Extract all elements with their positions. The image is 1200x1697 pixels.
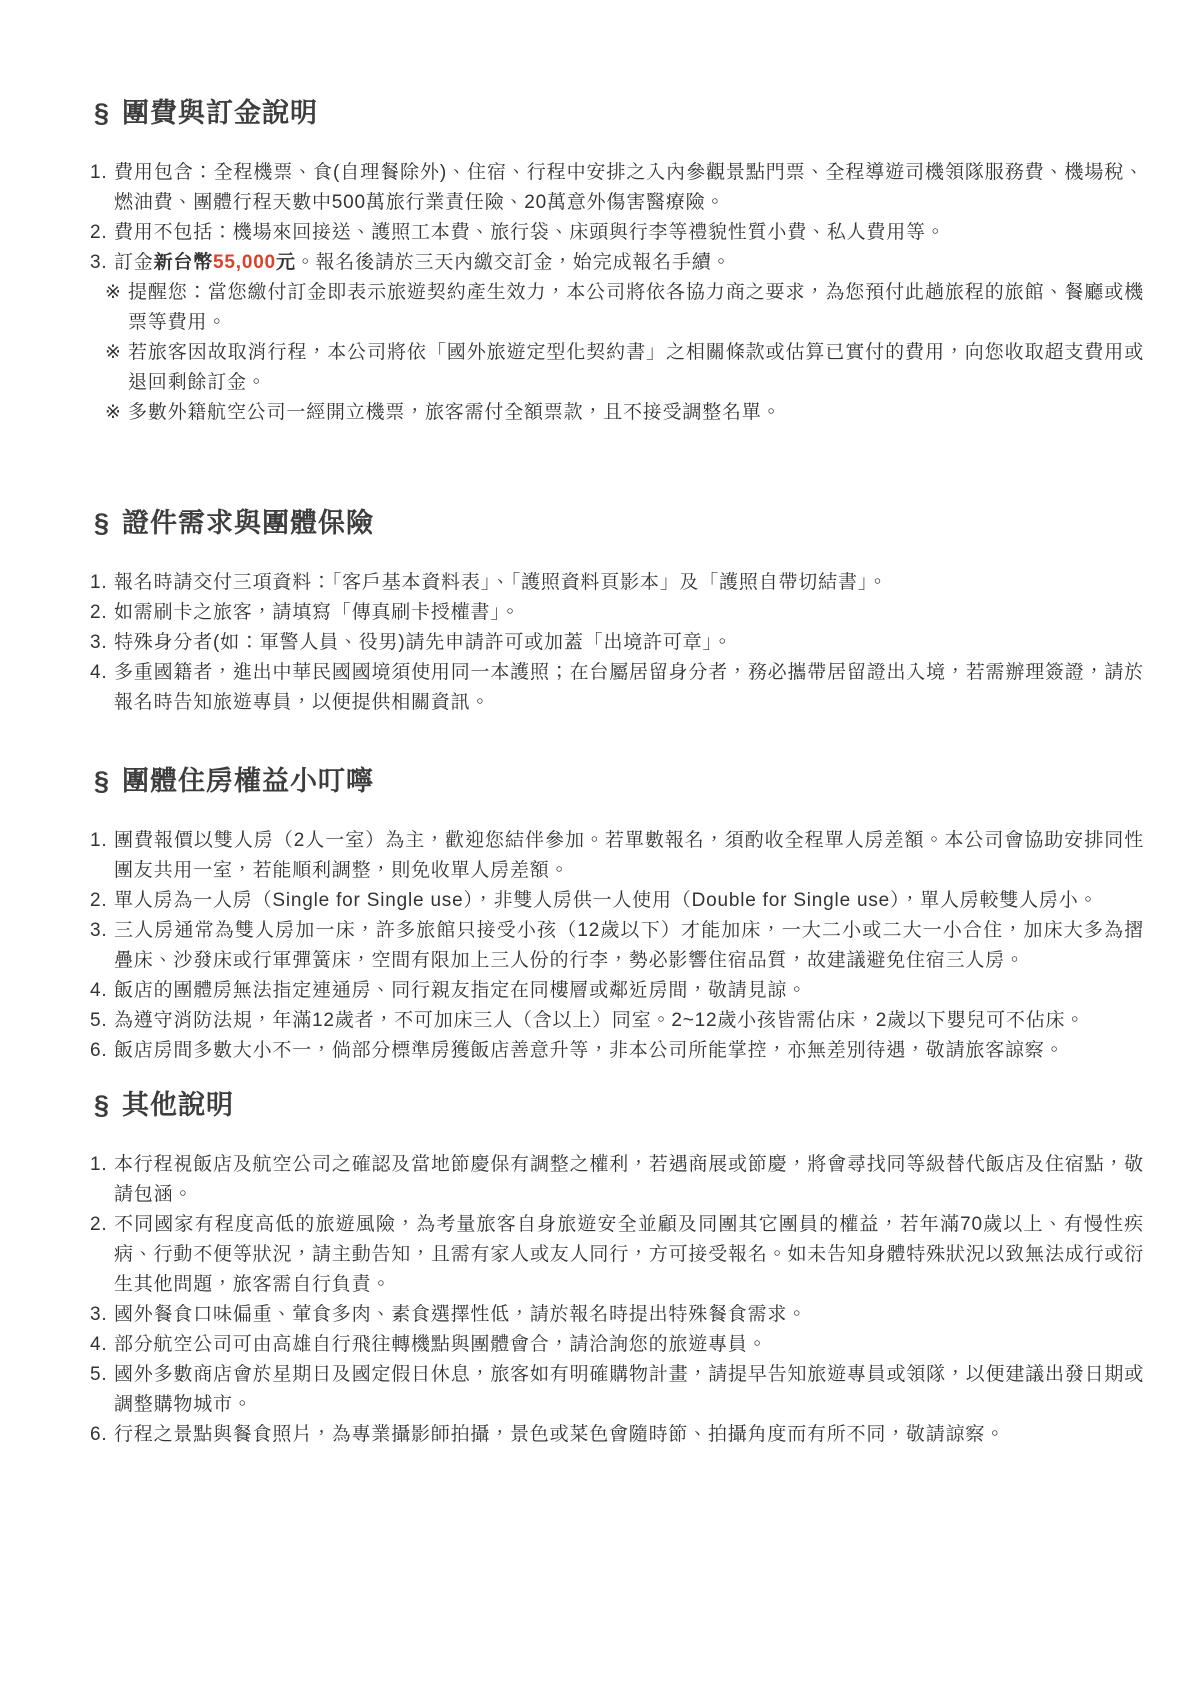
list-item: 6. 行程之景點與餐食照片，為專業攝影師拍攝，景色或菜色會隨時節、拍攝角度而有所… xyxy=(90,1420,1144,1450)
section-heading: §團費與訂金說明 xyxy=(94,96,1144,130)
section-heading: §證件需求與團體保險 xyxy=(94,506,1144,540)
item-text: 團費報價以雙人房（2人一室）為主，歡迎您結伴參加。若單數報名，須酌收全程單人房差… xyxy=(114,826,1144,886)
item-number: 6. xyxy=(90,1036,114,1066)
note-text: 若旅客因故取消行程，本公司將依「國外旅遊定型化契約書」之相關條款或估算已實付的費… xyxy=(128,338,1144,398)
list-item: 5. 為遵守消防法規，年滿12歲者，不可加床三人（含以上）同室。2~12歲小孩皆… xyxy=(90,1006,1144,1036)
item-number: 2. xyxy=(90,1210,114,1240)
item-text: 訂金新台幣55,000元。報名後請於三天內繳交訂金，始完成報名手續。 xyxy=(114,248,1144,278)
item-text: 費用包含：全程機票、食(自理餐除外)、住宿、行程中安排之入內參觀景點門票、全程導… xyxy=(114,158,1144,218)
list-item: 4. 部分航空公司可由高雄自行飛往轉機點與團體會合，請洽詢您的旅遊專員。 xyxy=(90,1330,1144,1360)
section-documents-insurance: §證件需求與團體保險 1. 報名時請交付三項資料：「客戶基本資料表」、「護照資料… xyxy=(90,506,1144,718)
item-text: 為遵守消防法規，年滿12歲者，不可加床三人（含以上）同室。2~12歲小孩皆需佔床… xyxy=(114,1006,1144,1036)
item-text: 國外多數商店會於星期日及國定假日休息，旅客如有明確購物計畫，請提早告知旅遊專員或… xyxy=(114,1360,1144,1420)
item-number: 1. xyxy=(90,568,114,598)
item-number: 2. xyxy=(90,598,114,628)
document-page: §團費與訂金說明 1. 費用包含：全程機票、食(自理餐除外)、住宿、行程中安排之… xyxy=(0,0,1200,1697)
list-item: 6. 飯店房間多數大小不一，倘部分標準房獲飯店善意升等，非本公司所能掌控，亦無差… xyxy=(90,1036,1144,1066)
item-text: 飯店房間多數大小不一，倘部分標準房獲飯店善意升等，非本公司所能掌控，亦無差別待遇… xyxy=(114,1036,1144,1066)
note-marker-icon: ※ xyxy=(105,338,128,368)
list-item: 2. 單人房為一人房（Single for Single use），非雙人房供一… xyxy=(90,886,1144,916)
list-item: 2. 費用不包括：機場來回接送、護照工本費、旅行袋、床頭與行李等禮貌性質小費、私… xyxy=(90,218,1144,248)
item-text: 多重國籍者，進出中華民國國境須使用同一本護照；在台屬居留身分者，務必攜帶居留證出… xyxy=(114,658,1144,718)
section-other-notes: §其他說明 1. 本行程視飯店及航空公司之確認及當地節慶保有調整之權利，若遇商展… xyxy=(90,1088,1144,1450)
section-marker-icon: § xyxy=(94,98,110,128)
deposit-unit: 元 xyxy=(276,252,296,273)
list-item: 2. 如需刷卡之旅客，請填寫「傳真刷卡授權書」。 xyxy=(90,598,1144,628)
list-item: 4. 飯店的團體房無法指定連通房、同行親友指定在同樓層或鄰近房間，敬請見諒。 xyxy=(90,976,1144,1006)
list-item: 2. 不同國家有程度高低的旅遊風險，為考量旅客自身旅遊安全並顧及同團其它團員的權… xyxy=(90,1210,1144,1300)
list-item: 1. 團費報價以雙人房（2人一室）為主，歡迎您結伴參加。若單數報名，須酌收全程單… xyxy=(90,826,1144,886)
list-item: 1. 報名時請交付三項資料：「客戶基本資料表」、「護照資料頁影本」及「護照自帶切… xyxy=(90,568,1144,598)
list-item: 3. 國外餐食口味偏重、葷食多肉、素食選擇性低，請於報名時提出特殊餐食需求。 xyxy=(90,1300,1144,1330)
item-text: 不同國家有程度高低的旅遊風險，為考量旅客自身旅遊安全並顧及同團其它團員的權益，若… xyxy=(114,1210,1144,1300)
section-marker-icon: § xyxy=(94,766,110,796)
item-number: 4. xyxy=(90,658,114,688)
item-text: 本行程視飯店及航空公司之確認及當地節慶保有調整之權利，若遇商展或節慶，將會尋找同… xyxy=(114,1150,1144,1210)
item-number: 3. xyxy=(90,628,114,658)
section-heading: §團體住房權益小叮嚀 xyxy=(94,764,1144,798)
item-number: 6. xyxy=(90,1420,114,1450)
note-item: ※ 若旅客因故取消行程，本公司將依「國外旅遊定型化契約書」之相關條款或估算已實付… xyxy=(105,338,1144,398)
item-number: 2. xyxy=(90,218,114,248)
item-text: 單人房為一人房（Single for Single use），非雙人房供一人使用… xyxy=(114,886,1144,916)
list-item: 1. 本行程視飯店及航空公司之確認及當地節慶保有調整之權利，若遇商展或節慶，將會… xyxy=(90,1150,1144,1210)
list-item: 3. 三人房通常為雙人房加一床，許多旅館只接受小孩（12歲以下）才能加床，一大二… xyxy=(90,916,1144,976)
section-title: 證件需求與團體保險 xyxy=(122,508,374,538)
item-text: 行程之景點與餐食照片，為專業攝影師拍攝，景色或菜色會隨時節、拍攝角度而有所不同，… xyxy=(114,1420,1144,1450)
section-title: 其他說明 xyxy=(122,1090,234,1120)
list-item-deposit: 3. 訂金新台幣55,000元。報名後請於三天內繳交訂金，始完成報名手續。 xyxy=(90,248,1144,278)
note-text: 提醒您：當您繳付訂金即表示旅遊契約產生效力，本公司將依各協力商之要求，為您預付此… xyxy=(128,278,1144,338)
section-marker-icon: § xyxy=(94,508,110,538)
deposit-amount: 55,000 xyxy=(213,252,276,273)
section-title: 團費與訂金說明 xyxy=(122,98,318,128)
section-marker-icon: § xyxy=(94,1090,110,1120)
section-fees-deposit: §團費與訂金說明 1. 費用包含：全程機票、食(自理餐除外)、住宿、行程中安排之… xyxy=(90,96,1144,428)
deposit-rest: 。報名後請於三天內繳交訂金，始完成報名手續。 xyxy=(296,252,732,273)
item-number: 3. xyxy=(90,916,114,946)
item-number: 5. xyxy=(90,1360,114,1390)
note-text: 多數外籍航空公司一經開立機票，旅客需付全額票款，且不接受調整名單。 xyxy=(128,398,1144,428)
item-text: 部分航空公司可由高雄自行飛往轉機點與團體會合，請洽詢您的旅遊專員。 xyxy=(114,1330,1144,1360)
item-text: 飯店的團體房無法指定連通房、同行親友指定在同樓層或鄰近房間，敬請見諒。 xyxy=(114,976,1144,1006)
section-heading: §其他說明 xyxy=(94,1088,1144,1122)
item-number: 1. xyxy=(90,158,114,188)
note-item: ※ 提醒您：當您繳付訂金即表示旅遊契約產生效力，本公司將依各協力商之要求，為您預… xyxy=(105,278,1144,338)
item-number: 4. xyxy=(90,1330,114,1360)
item-text: 國外餐食口味偏重、葷食多肉、素食選擇性低，請於報名時提出特殊餐食需求。 xyxy=(114,1300,1144,1330)
item-number: 1. xyxy=(90,1150,114,1180)
list-item: 1. 費用包含：全程機票、食(自理餐除外)、住宿、行程中安排之入內參觀景點門票、… xyxy=(90,158,1144,218)
item-number: 3. xyxy=(90,248,114,278)
list-item: 3. 特殊身分者(如：軍警人員、役男)請先申請許可或加蓋「出境許可章」。 xyxy=(90,628,1144,658)
note-item: ※ 多數外籍航空公司一經開立機票，旅客需付全額票款，且不接受調整名單。 xyxy=(105,398,1144,428)
section-room-rights: §團體住房權益小叮嚀 1. 團費報價以雙人房（2人一室）為主，歡迎您結伴參加。若… xyxy=(90,764,1144,1066)
deposit-currency: 新台幣 xyxy=(154,252,213,273)
item-number: 2. xyxy=(90,886,114,916)
section-title: 團體住房權益小叮嚀 xyxy=(122,766,374,796)
note-marker-icon: ※ xyxy=(105,278,128,308)
list-item: 5. 國外多數商店會於星期日及國定假日休息，旅客如有明確購物計畫，請提早告知旅遊… xyxy=(90,1360,1144,1420)
item-text: 費用不包括：機場來回接送、護照工本費、旅行袋、床頭與行李等禮貌性質小費、私人費用… xyxy=(114,218,1144,248)
list-item: 4. 多重國籍者，進出中華民國國境須使用同一本護照；在台屬居留身分者，務必攜帶居… xyxy=(90,658,1144,718)
item-number: 1. xyxy=(90,826,114,856)
item-text: 報名時請交付三項資料：「客戶基本資料表」、「護照資料頁影本」及「護照自帶切結書」… xyxy=(114,568,1144,598)
note-marker-icon: ※ xyxy=(105,398,128,428)
item-number: 3. xyxy=(90,1300,114,1330)
item-text: 特殊身分者(如：軍警人員、役男)請先申請許可或加蓋「出境許可章」。 xyxy=(114,628,1144,658)
deposit-lead: 訂金 xyxy=(114,252,154,273)
item-text: 三人房通常為雙人房加一床，許多旅館只接受小孩（12歲以下）才能加床，一大二小或二… xyxy=(114,916,1144,976)
item-text: 如需刷卡之旅客，請填寫「傳真刷卡授權書」。 xyxy=(114,598,1144,628)
item-number: 4. xyxy=(90,976,114,1006)
item-number: 5. xyxy=(90,1006,114,1036)
